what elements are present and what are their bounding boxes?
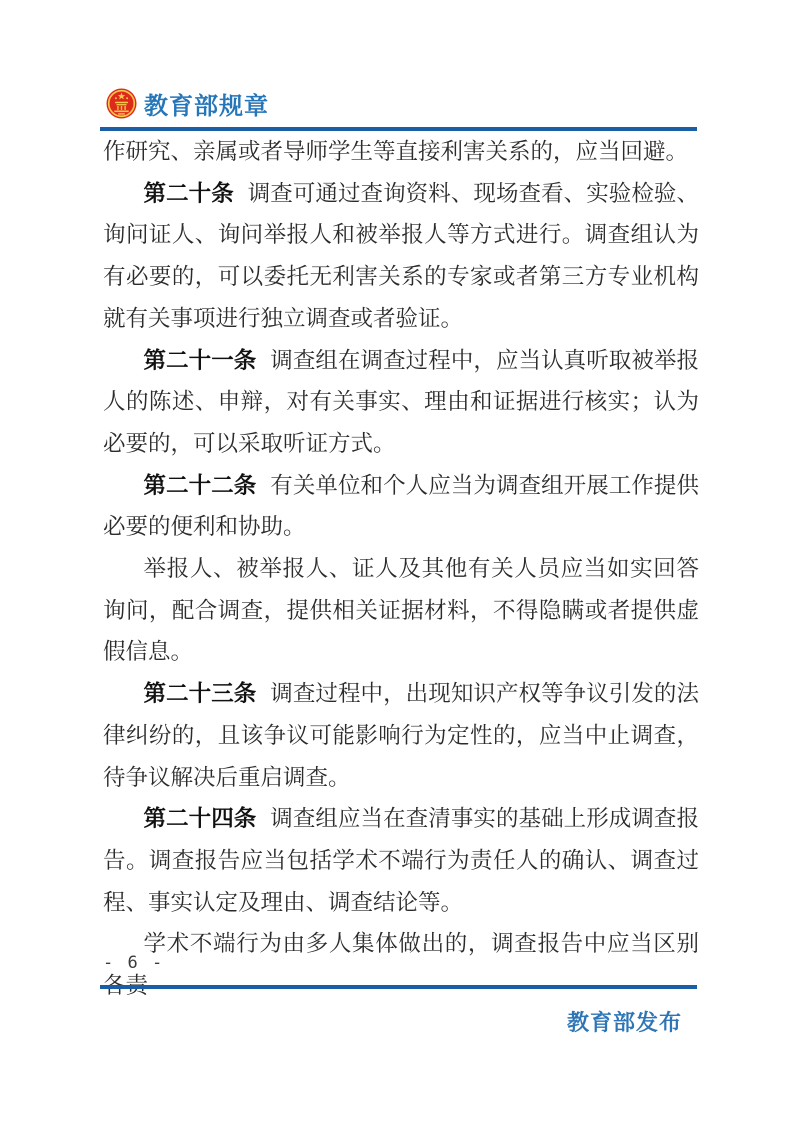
document-body: 作研究、亲属或者导师学生等直接利害关系的，应当回避。 第二十条调查可通过查询资料… <box>103 131 699 1007</box>
article-number: 第二十四条 <box>144 806 257 831</box>
paragraph-text: 举报人、被举报人、证人及其他有关人员应当如实回答询问，配合调查，提供相关证据材料… <box>103 556 699 664</box>
paragraph-article-24: 第二十四条调查组应当在查清事实的基础上形成调查报告。调查报告应当包括学术不端行为… <box>103 798 699 923</box>
publisher-label: 教育部发布 <box>100 1006 682 1037</box>
paragraph-continuation: 作研究、亲属或者导师学生等直接利害关系的，应当回避。 <box>103 131 699 173</box>
article-number: 第二十二条 <box>144 473 257 498</box>
article-number: 第二十一条 <box>144 348 257 373</box>
article-number: 第二十条 <box>144 181 234 206</box>
paragraph-article-22-sub: 举报人、被举报人、证人及其他有关人员应当如实回答询问，配合调查，提供相关证据材料… <box>103 548 699 673</box>
paragraph-article-20: 第二十条调查可通过查询资料、现场查看、实验检验、询问证人、询问举报人和被举报人等… <box>103 173 699 340</box>
paragraph-article-24-sub: 学术不端行为由多人集体做出的，调查报告中应当区别各责 <box>103 923 699 1006</box>
document-header: 教育部规章 <box>106 86 269 120</box>
paragraph-article-23: 第二十三条调查过程中，出现知识产权等争议引发的法律纠纷的，且该争议可能影响行为定… <box>103 673 699 798</box>
document-page: 教育部规章 作研究、亲属或者导师学生等直接利害关系的，应当回避。 第二十条调查可… <box>0 0 793 1122</box>
paragraph-article-21: 第二十一条调查组在调查过程中，应当认真听取被举报人的陈述、申辩，对有关事实、理由… <box>103 340 699 465</box>
paragraph-text: 作研究、亲属或者导师学生等直接利害关系的，应当回避。 <box>103 139 688 164</box>
paragraph-article-22: 第二十二条有关单位和个人应当为调查组开展工作提供必要的便利和协助。 <box>103 465 699 548</box>
article-number: 第二十三条 <box>144 681 257 706</box>
footer-rule <box>100 985 697 989</box>
page-number: - 6 - <box>103 953 164 973</box>
page-title: 教育部规章 <box>144 86 269 121</box>
china-national-emblem-icon <box>106 88 137 119</box>
